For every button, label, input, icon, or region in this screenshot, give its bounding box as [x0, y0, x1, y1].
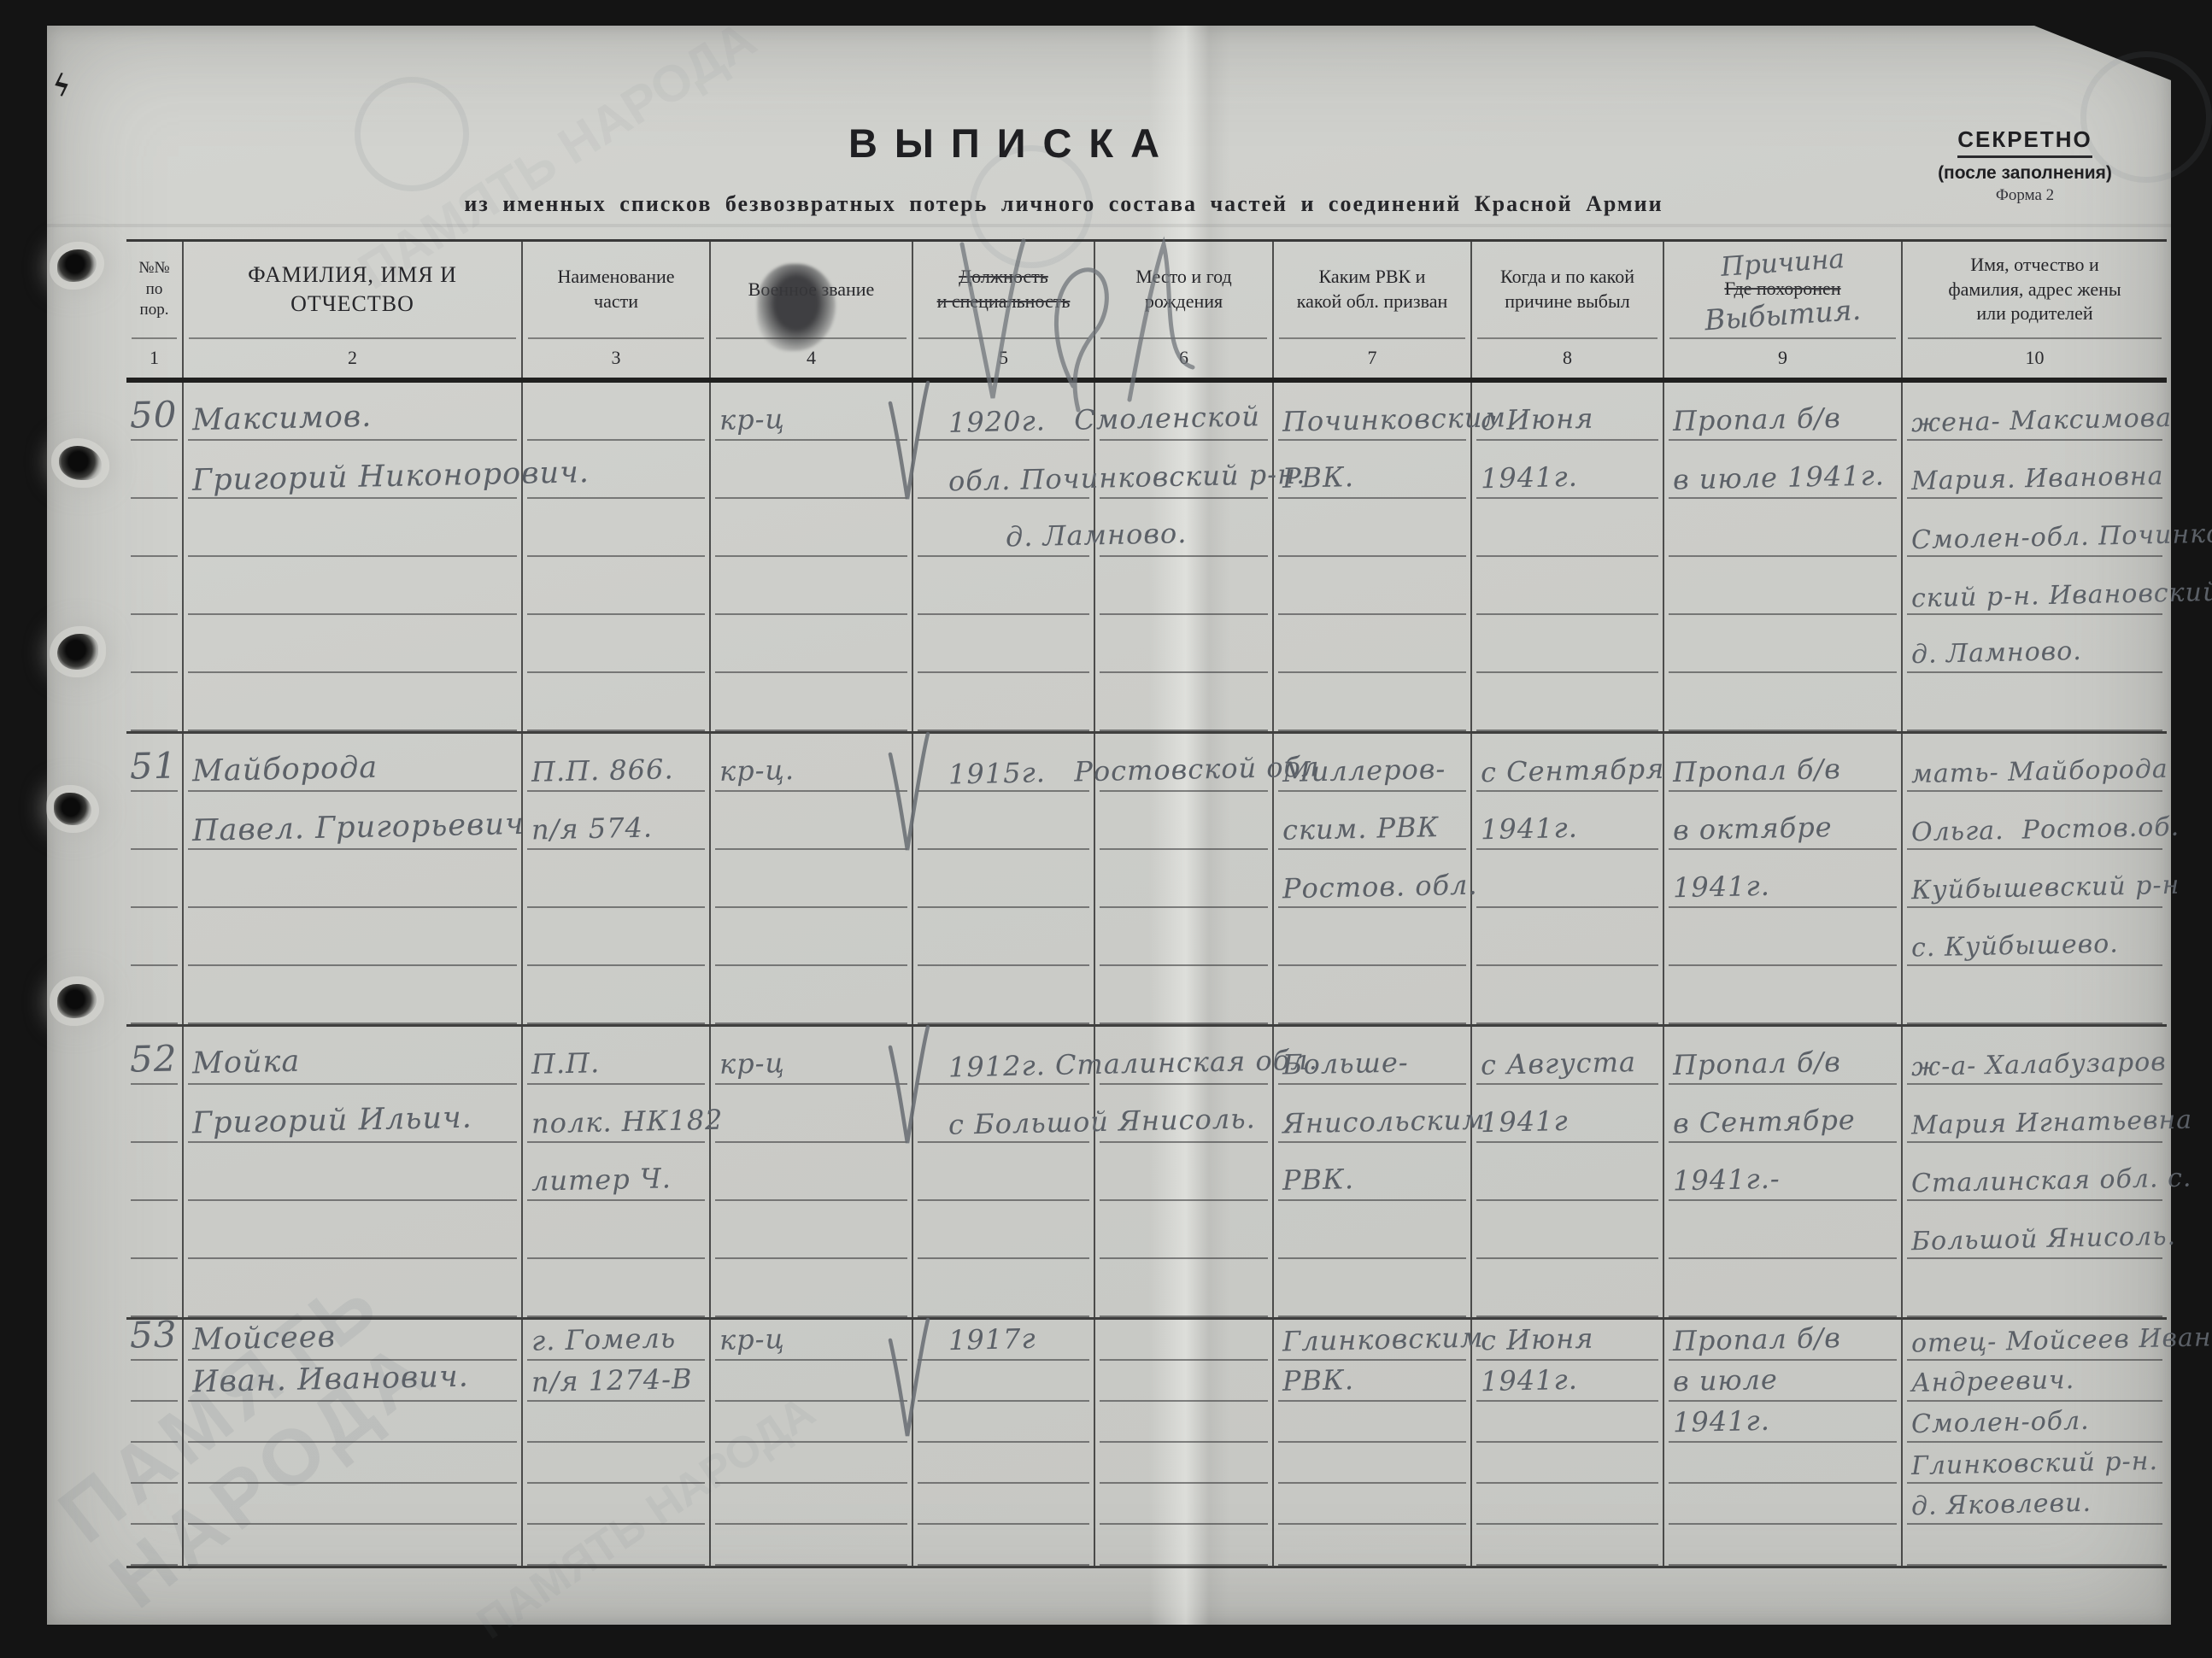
rule-line — [711, 1143, 912, 1201]
cell-birth: 1915г. Ростовской обл — [1094, 734, 1272, 1024]
rule-line — [523, 1484, 709, 1525]
handwritten-text: Починковским — [1282, 401, 1507, 437]
handwritten-text: Смолен-обл. — [1911, 1406, 2090, 1439]
handwritten-text: 1912г. Сталинская обл. — [948, 1043, 1318, 1083]
rule-line — [184, 1525, 521, 1566]
rule-line — [1095, 615, 1272, 673]
scan-streak — [47, 224, 2171, 227]
rule-line — [1472, 1443, 1663, 1484]
handwritten-text: кр-ц — [719, 1322, 786, 1356]
cell-unit: П.П.полк. НК182литер Ч. — [521, 1027, 709, 1317]
handwritten-text: с Июня — [1481, 402, 1594, 437]
rule-line — [523, 557, 709, 615]
rule-line: П.П. — [523, 1027, 709, 1085]
rule-line — [523, 966, 709, 1024]
handwritten-overwrite-top: Причина — [1720, 246, 1845, 281]
rule-line: д. Ламново. — [1095, 499, 1272, 557]
rule-line: П.П. 866. — [523, 734, 709, 792]
after-fill-label: (после заполнения) — [1914, 163, 2136, 184]
cell-family: ж-а- ХалабузаровМария ИгнатьевнаСталинск… — [1901, 1027, 2167, 1317]
handwritten-text: Мойсеев — [192, 1320, 337, 1357]
rule-line — [1095, 908, 1272, 966]
rule-line — [1274, 1259, 1470, 1317]
rule-line — [913, 1484, 1094, 1525]
column-title: Каким РВК и какой обл. призван — [1297, 265, 1447, 313]
row-number-cell: 53 — [126, 1320, 182, 1566]
handwritten-text: РВК. — [1282, 1163, 1355, 1197]
column-title: Место и год рождения — [1135, 265, 1231, 313]
handwritten-text: Андреевич. — [1911, 1365, 2075, 1398]
handwritten-text: 50 — [129, 393, 177, 436]
handwritten-text: в июле — [1673, 1363, 1779, 1398]
column-number-10: 10 — [1901, 337, 2167, 378]
rule-line — [913, 1443, 1094, 1484]
column-header-10: Имя, отчество и фамилия, адрес жены или … — [1901, 242, 2167, 337]
pencil-check-mark — [884, 729, 932, 861]
handwritten-text: п/я 1274-В — [531, 1362, 693, 1398]
rule-line: Больше- — [1274, 1027, 1470, 1085]
rule-line: кр-ц — [711, 383, 912, 441]
handwritten-text: 1920г. Смоленской — [948, 400, 1261, 439]
handwritten-text: РВК. — [1282, 1363, 1355, 1397]
handwritten-text: Миллеров- — [1282, 753, 1446, 788]
column-title: №№ по пор. — [138, 258, 169, 321]
rule-line: Майборода — [184, 734, 521, 792]
handwritten-text: ским. РВК — [1282, 811, 1440, 847]
rule-line — [1472, 499, 1663, 557]
column-title: Имя, отчество и фамилия, адрес жены или … — [1948, 253, 2121, 326]
rule-line — [1664, 557, 1901, 615]
cell-when: с Июня1941г. — [1470, 383, 1663, 731]
table-row: 51МайбородаПавел. ГригорьевичП.П. 866.п/… — [126, 734, 2167, 1027]
rule-line: Смолен-обл. Починков- — [1903, 499, 2167, 557]
rule-line: Мойка — [184, 1027, 521, 1085]
cell-name: МойсеевИван. Иванович. — [182, 1320, 521, 1566]
rule-line — [711, 499, 912, 557]
rule-line — [184, 850, 521, 908]
column-number-1: 1 — [126, 337, 182, 378]
rule-line — [1095, 966, 1272, 1024]
rule-line — [1472, 1525, 1663, 1566]
cell-when: с Сентября1941г. — [1470, 734, 1663, 1024]
rule-line: жена- Максимова — [1903, 383, 2167, 441]
pencil-check-mark — [884, 378, 932, 510]
rule-line — [126, 1484, 182, 1525]
rule-line: ский р-н. Ивановский с/с — [1903, 557, 2167, 615]
column-number-7: 7 — [1272, 337, 1470, 378]
rule-line: 51 — [126, 734, 182, 792]
cell-birth: 1912г. Сталинская обл.с Большой Янисоль. — [1094, 1027, 1272, 1317]
rule-line — [711, 792, 912, 850]
rule-line — [913, 615, 1094, 673]
row-number-cell: 52 — [126, 1027, 182, 1317]
rule-line: 53 — [126, 1320, 182, 1361]
cell-when: с Июня1941г. — [1470, 1320, 1663, 1566]
handwritten-text: 1915г. Ростовской обл — [948, 750, 1320, 790]
column-number-8: 8 — [1470, 337, 1663, 378]
handwritten-text: Ольга. Ростов.об. — [1911, 812, 2180, 848]
rule-line: Пропал б/в — [1664, 734, 1901, 792]
cell-birth: 1920г. Смоленскойобл. Починковский р-н. … — [1094, 383, 1272, 731]
rule-line: с Большой Янисоль. — [1095, 1085, 1272, 1143]
rule-line — [711, 1525, 912, 1566]
rule-line — [1472, 966, 1663, 1024]
rule-line — [126, 673, 182, 731]
rule-line — [184, 1259, 521, 1317]
rule-line: ж-а- Халабузаров — [1903, 1027, 2167, 1085]
rule-line — [1903, 673, 2167, 731]
handwritten-text: отец- Мойсеев Иван — [1911, 1322, 2212, 1358]
secret-label: СЕКРЕТНО — [1957, 126, 2092, 158]
cell-family: жена- МаксимоваМария. ИвановнаСмолен-обл… — [1901, 383, 2167, 731]
rule-line — [1472, 673, 1663, 731]
rule-line — [126, 1443, 182, 1484]
cell-unit — [521, 383, 709, 731]
row-number-cell: 51 — [126, 734, 182, 1024]
rule-line: кр-ц — [711, 1027, 912, 1085]
handwritten-overwrite-bottom: Выбытия. — [1704, 296, 1862, 335]
rule-line — [184, 1143, 521, 1201]
rule-line — [1095, 1143, 1272, 1201]
cell-unit: г. Гомельп/я 1274-В — [521, 1320, 709, 1566]
rule-line — [711, 557, 912, 615]
rule-line — [184, 615, 521, 673]
rule-line: Ростов. обл. — [1274, 850, 1470, 908]
rule-line — [1472, 1402, 1663, 1443]
rule-line: Григорий Никонорович. — [184, 441, 521, 499]
handwritten-text: Павел. Григорьевич — [192, 807, 525, 848]
rule-line: Пропал б/в — [1664, 1027, 1901, 1085]
column-header-8: Когда и по какой причине выбыл — [1470, 242, 1663, 337]
rule-line — [711, 1259, 912, 1317]
cell-position — [912, 1320, 1094, 1566]
document-paper: ϟ ПАМЯТЬ НАРОДА ПАМЯТЬ НАРОДА ПАМЯТЬ НАР… — [47, 26, 2171, 1625]
rule-line: Мойсеев — [184, 1320, 521, 1361]
rule-line — [523, 908, 709, 966]
rule-line — [523, 1402, 709, 1443]
column-title: Когда и по какой причине выбыл — [1500, 265, 1634, 313]
cell-rvk: ГлинковскимРВК. — [1272, 1320, 1470, 1566]
handwritten-text: РВК. — [1282, 460, 1355, 495]
rule-line — [1664, 1443, 1901, 1484]
handwritten-text: Смолен-обл. Починков- — [1911, 518, 2212, 555]
rule-line — [913, 557, 1094, 615]
rule-line — [126, 1525, 182, 1566]
rule-line — [1274, 673, 1470, 731]
handwritten-text: обл. Починковский р-н. — [948, 458, 1306, 498]
handwritten-text: Большой Янисоль. — [1911, 1222, 2177, 1257]
rule-line — [711, 908, 912, 966]
rule-line: Ольга. Ростов.об. — [1903, 792, 2167, 850]
rule-line — [1664, 615, 1901, 673]
column-number-2: 2 — [182, 337, 521, 378]
handwritten-text: Мойка — [192, 1045, 301, 1081]
rule-line: в июле 1941г. — [1664, 441, 1901, 499]
rule-line: кр-ц — [711, 1320, 912, 1361]
column-number-3: 3 — [521, 337, 709, 378]
rule-line: Большой Янисоль. — [1903, 1201, 2167, 1259]
column-number-6: 6 — [1094, 337, 1272, 378]
rule-line: с Июня — [1472, 383, 1663, 441]
corner-cut — [2034, 26, 2171, 80]
rule-line: Починковским — [1274, 383, 1470, 441]
rule-line: д. Ламново. — [1903, 615, 2167, 673]
cell-rvk: Больше-ЯнисольскимРВК. — [1272, 1027, 1470, 1317]
cell-cause: Пропал б/вв октябре1941г. — [1663, 734, 1901, 1024]
rule-line — [1664, 1484, 1901, 1525]
cell-name: МойкаГригорий Ильич. — [182, 1027, 521, 1317]
losses-table: №№ по пор.ФАМИЛИЯ, ИМЯ И ОТЧЕСТВОНаимено… — [126, 239, 2167, 1568]
rule-line — [126, 1402, 182, 1443]
rule-line — [711, 1085, 912, 1143]
rule-line: Григорий Ильич. — [184, 1085, 521, 1143]
rule-line: 1917г — [1095, 1320, 1272, 1361]
table-row: 52МойкаГригорий Ильич.П.П.полк. НК182лит… — [126, 1027, 2167, 1320]
rule-line: п/я 1274-В — [523, 1361, 709, 1402]
page-title: ВЫПИСКА — [47, 120, 1978, 167]
handwritten-text: Куйбышевский р-н — [1911, 870, 2180, 906]
handwritten-text: Пропал б/в — [1673, 753, 1842, 788]
handwritten-text: в Сентябре — [1673, 1104, 1857, 1140]
rule-line: с. Куйбышево. — [1903, 908, 2167, 966]
handwritten-text: Пропал б/в — [1673, 1321, 1842, 1357]
column-header-3: Наименование части — [521, 242, 709, 337]
punch-hole — [54, 793, 91, 825]
rule-line — [126, 1259, 182, 1317]
handwritten-text: литер Ч. — [531, 1162, 672, 1197]
handwritten-text: Глинковский р-н. — [1911, 1446, 2159, 1481]
rule-line — [523, 673, 709, 731]
rule-line — [126, 1201, 182, 1259]
rule-line — [126, 1143, 182, 1201]
rule-line — [1472, 1201, 1663, 1259]
table-body: 50Максимов.Григорий Никонорович.кр-ц1920… — [126, 383, 2167, 1568]
cell-rank: кр-ц — [709, 383, 912, 731]
rule-line — [1472, 1484, 1663, 1525]
rule-line — [711, 615, 912, 673]
handwritten-text: с Июня — [1481, 1322, 1594, 1357]
rule-line: кр-ц. — [711, 734, 912, 792]
handwritten-text: Иван. Иванович. — [192, 1360, 470, 1400]
handwritten-text: д. Ламново. — [948, 517, 1188, 554]
rule-line — [184, 1443, 521, 1484]
handwritten-text: д. Ламново. — [1911, 636, 2082, 670]
rule-line — [1664, 1201, 1901, 1259]
rule-line: отец- Мойсеев Иван — [1903, 1320, 2167, 1361]
rule-line — [1472, 615, 1663, 673]
handwritten-text: Майборода — [192, 751, 378, 789]
column-header-5: Должность и специальность — [912, 242, 1094, 337]
rule-line — [1472, 908, 1663, 966]
handwritten-text: 51 — [129, 744, 177, 787]
handwritten-text: с Сентября — [1481, 753, 1665, 789]
rule-line — [126, 1361, 182, 1402]
handwritten-text: п/я 574. — [531, 811, 654, 847]
handwritten-text: 1917г — [948, 1322, 1036, 1356]
pencil-check-mark — [884, 1022, 932, 1154]
column-header-1: №№ по пор. — [126, 242, 182, 337]
rule-line — [711, 1484, 912, 1525]
handwritten-text: П.П. — [531, 1046, 601, 1081]
rule-line: полк. НК182 — [523, 1085, 709, 1143]
rule-line — [913, 1525, 1094, 1566]
rule-line: Сталинская обл. с. — [1903, 1143, 2167, 1201]
rule-line — [1903, 1525, 2167, 1566]
rule-line: в Сентябре — [1664, 1085, 1901, 1143]
rule-line: в октябре — [1664, 792, 1901, 850]
cell-rvk: ПочинковскимРВК. — [1272, 383, 1470, 731]
rule-line — [1095, 1201, 1272, 1259]
rule-line — [523, 383, 709, 441]
handwritten-text: д. Яковлеви. — [1911, 1488, 2092, 1521]
rule-line — [711, 966, 912, 1024]
handwritten-text: 52 — [129, 1037, 177, 1080]
rule-line — [913, 1361, 1094, 1402]
rule-line — [1274, 1201, 1470, 1259]
rule-line: Максимов. — [184, 383, 521, 441]
handwritten-text: 53 — [129, 1313, 177, 1356]
rule-line — [1095, 1259, 1272, 1317]
punch-hole — [57, 634, 98, 670]
rule-line — [184, 908, 521, 966]
column-number-4: 4 — [709, 337, 912, 378]
handwritten-text: 1941г. — [1481, 460, 1579, 495]
rule-line: Мария. Ивановна — [1903, 441, 2167, 499]
rule-line — [913, 1402, 1094, 1443]
rule-line — [1095, 792, 1272, 850]
handwritten-text: Пропал б/в — [1673, 1046, 1842, 1081]
rule-line: 1941г.- — [1664, 1143, 1901, 1201]
handwritten-text: жена- Максимова — [1911, 403, 2173, 438]
rule-line — [1664, 1525, 1901, 1566]
handwritten-text: с. Куйбышево. — [1911, 929, 2119, 963]
rule-line — [913, 1143, 1094, 1201]
handwritten-text: с Большой Янисоль. — [948, 1102, 1256, 1141]
table-row: 53МойсеевИван. Иванович.г. Гомельп/я 127… — [126, 1320, 2167, 1568]
rule-line — [913, 1259, 1094, 1317]
cell-unit: П.П. 866.п/я 574. — [521, 734, 709, 1024]
handwritten-text: Сталинская обл. с. — [1911, 1163, 2192, 1199]
rule-line: РВК. — [1274, 1143, 1470, 1201]
cell-cause: Пропал б/вв Сентябре1941г.- — [1663, 1027, 1901, 1317]
handwritten-text: 1941г. — [1481, 811, 1579, 846]
column-number-9: 9 — [1663, 337, 1901, 378]
rule-line: 1941г. — [1472, 1361, 1663, 1402]
rule-line — [1472, 557, 1663, 615]
cell-name: Максимов.Григорий Никонорович. — [182, 383, 521, 731]
rule-line: д. Яковлеви. — [1903, 1484, 2167, 1525]
rule-line: ским. РВК — [1274, 792, 1470, 850]
rule-line — [1274, 966, 1470, 1024]
handwritten-text: мать- Майборода — [1911, 754, 2168, 789]
rule-line — [1664, 1259, 1901, 1317]
column-title: ФАМИЛИЯ, ИМЯ И ОТЧЕСТВО — [184, 261, 521, 319]
punch-hole — [59, 446, 102, 480]
rule-line — [913, 1201, 1094, 1259]
handwritten-text: Мария Игнатьевна — [1911, 1105, 2193, 1141]
secrecy-block: СЕКРЕТНО (после заполнения) Форма 2 — [1914, 126, 2136, 205]
handwritten-text: 1941г — [1481, 1104, 1569, 1139]
rule-line — [1472, 1143, 1663, 1201]
handwritten-text: Максимов. — [192, 400, 373, 437]
pencil-check-mark — [884, 1315, 932, 1447]
rule-line: Мария Игнатьевна — [1903, 1085, 2167, 1143]
rule-line: РВК. — [1274, 441, 1470, 499]
rule-line: Глинковским — [1274, 1320, 1470, 1361]
rule-line: Янисольским — [1274, 1085, 1470, 1143]
rule-line: Иван. Иванович. — [184, 1361, 521, 1402]
rule-line — [184, 1402, 521, 1443]
rule-line — [711, 1361, 912, 1402]
rule-line — [711, 673, 912, 731]
torn-mark: ϟ — [50, 66, 73, 106]
rule-line — [126, 850, 182, 908]
rule-line: Миллеров- — [1274, 734, 1470, 792]
rule-line: Павел. Григорьевич — [184, 792, 521, 850]
rule-line — [1664, 499, 1901, 557]
handwritten-text: 1941г. — [1481, 1363, 1579, 1397]
rule-line — [1664, 673, 1901, 731]
rule-line: 1941г. — [1664, 1402, 1901, 1443]
handwritten-text: Янисольским — [1282, 1104, 1486, 1140]
rule-line — [1095, 1402, 1272, 1443]
handwritten-text: ский р-н. Ивановский с/с — [1911, 577, 2212, 614]
rule-line: Андреевич. — [1903, 1361, 2167, 1402]
punch-hole — [57, 984, 97, 1018]
cell-rank: кр-ц — [709, 1320, 912, 1566]
rule-line: 1920г. Смоленской — [1095, 383, 1272, 441]
rule-line — [1903, 1259, 2167, 1317]
cell-rank: кр-ц. — [709, 734, 912, 1024]
rule-line: г. Гомель — [523, 1320, 709, 1361]
rule-line — [126, 1085, 182, 1143]
handwritten-text: Григорий Ильич. — [192, 1101, 473, 1141]
rule-line — [523, 850, 709, 908]
rule-line: Куйбышевский р-н — [1903, 850, 2167, 908]
rule-line — [1095, 1443, 1272, 1484]
handwritten-text: Ростов. обл. — [1282, 869, 1478, 905]
rule-line: Пропал б/в — [1664, 383, 1901, 441]
rule-line: РВК. — [1274, 1361, 1470, 1402]
handwritten-text: кр-ц. — [719, 753, 795, 788]
rule-line: 1941г — [1472, 1085, 1663, 1143]
rule-line — [1095, 557, 1272, 615]
handwritten-text: П.П. 866. — [531, 753, 674, 788]
rule-line — [1472, 850, 1663, 908]
page-subtitle: из именных списков безвозвратных потерь … — [47, 191, 2080, 217]
rule-line: мать- Майборода — [1903, 734, 2167, 792]
column-header-9: ПричинаГде похороненВыбытия. — [1663, 242, 1901, 337]
rule-line — [184, 1201, 521, 1259]
rule-line — [184, 499, 521, 557]
rule-line: литер Ч. — [523, 1143, 709, 1201]
column-header-6: Место и год рождения — [1094, 242, 1272, 337]
handwritten-text: 1941г.- — [1673, 1163, 1781, 1198]
rule-line: 1941г. — [1472, 792, 1663, 850]
handwritten-text: кр-ц — [719, 1046, 786, 1081]
handwritten-text: 1941г. — [1673, 870, 1771, 904]
cell-rvk: Миллеров-ским. РВКРостов. обл. — [1272, 734, 1470, 1024]
handwritten-text: кр-ц — [719, 402, 786, 436]
rule-line — [126, 966, 182, 1024]
rule-line — [184, 557, 521, 615]
handwritten-text: полк. НК182 — [531, 1104, 724, 1140]
cell-family: мать- МайбородаОльга. Ростов.об.Куйбышев… — [1901, 734, 2167, 1024]
rule-line: с Августа — [1472, 1027, 1663, 1085]
rule-line — [1095, 1484, 1272, 1525]
handwritten-text: в октябре — [1673, 811, 1833, 847]
column-title: Наименование части — [557, 265, 674, 313]
